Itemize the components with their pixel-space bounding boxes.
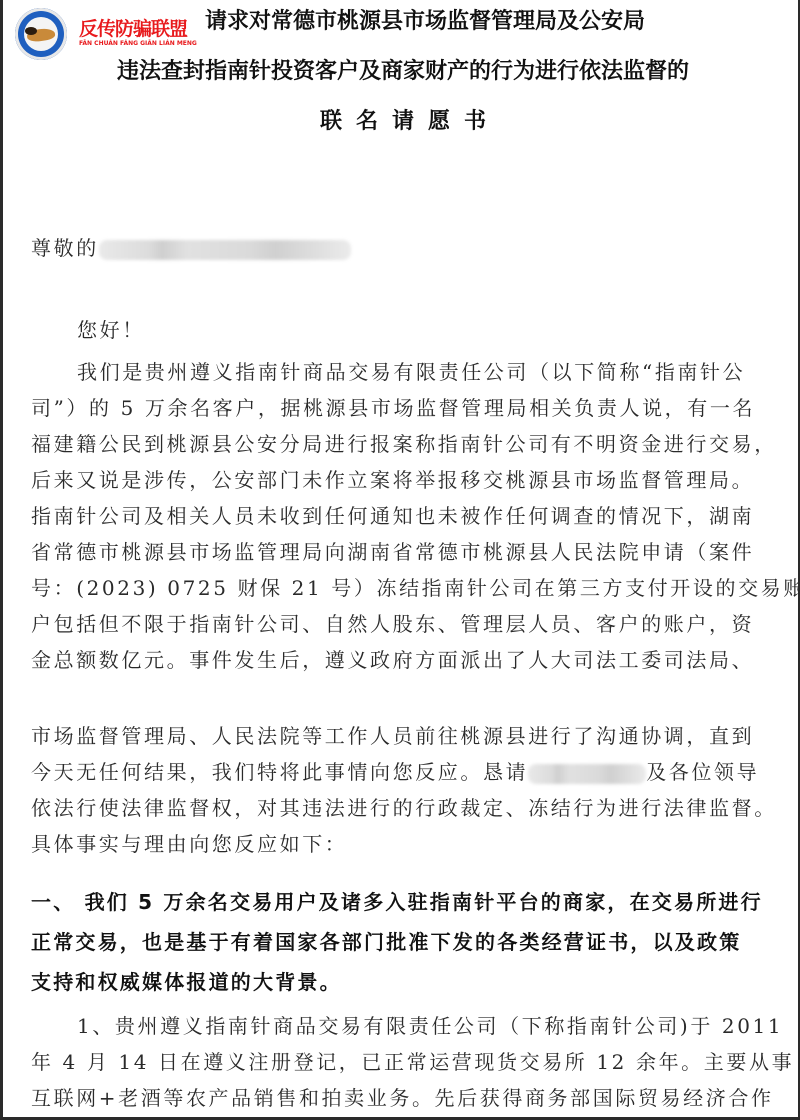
body-line-11: 今天无任何结果，我们特将此事情向您反应。恳请及各位领导 [31,760,776,784]
body-line-13: 具体事实与理由向您反应如下： [31,832,776,856]
redacted-authority [528,764,646,784]
body-line-10: 市场监督管理局、人民法院等工作人员前往桃源县进行了沟通协调，直到 [31,724,776,748]
body-line-7: 号：(2023) 0725 财保 21 号）冻结指南针公司在第三方支付开设的交易… [31,576,776,600]
greeting: 您好！ [77,318,800,342]
section-1-line-1: 一、 我们 5 万余名交易用户及诸多入驻指南针平台的商家，在交易所进行 [31,890,776,914]
body-line-9: 金总额数亿元。事件发生后，遵义政府方面派出了人大司法工委司法局、 [31,648,776,672]
body-line-6: 省常德市桃源县市场监管理局向湖南省常德市桃源县人民法院申请（案件 [31,540,776,564]
title-line-2: 违法查封指南针投资客户及商家财产的行为进行依法监督的 [3,58,800,86]
document-page: 反传防骗联盟 FĂN CHUÁN FÁNG GIĂN LIÁN MENG 请求对… [0,0,800,1120]
body-line-11-before: 今天无任何结果，我们特将此事情向您反应。恳请 [31,760,528,784]
body-line-4: 后来又说是涉传，公安部门未作立案将举报移交桃源县市场监督管理局。 [31,468,776,492]
body-line-12: 依法行使法律监督权，对其违法进行的行政裁定、冻结行为进行法律监督。 [31,796,776,820]
item-1-line-1: 1、贵州遵义指南针商品交易有限责任公司（下称指南针公司)于 2011 [77,1014,777,1038]
salutation: 尊敬的 [31,236,776,260]
section-1-line-2: 正常交易，也是基于有着国家各部门批准下发的各类经营证书，以及政策 [31,930,776,954]
body-line-3: 福建籍公民到桃源县公安分局进行报案称指南针公司有不明资金进行交易， [31,432,776,456]
body-line-11-after: 及各位领导 [646,760,759,784]
redacted-recipient [99,240,351,260]
item-1-line-3: 互联网+老酒等农产品销售和拍卖业务。先后获得商务部国际贸易经济合作 [31,1086,776,1110]
body-line-1: 我们是贵州遵义指南针商品交易有限责任公司（以下简称“指南针公 [77,360,777,384]
body-line-2: 司”）的 5 万余名客户，据桃源县市场监督管理局相关负责人说，有一名 [31,396,776,420]
logo-subtitle: FĂN CHUÁN FÁNG GIĂN LIÁN MENG [79,40,197,48]
document-title: 联名请愿书 [3,108,800,136]
item-1-line-2: 年 4 月 14 日在遵义注册登记，已正常运营现货交易所 12 余年。主要从事 [31,1050,776,1074]
section-1-line-3: 支持和权威媒体报道的大背景。 [31,970,776,994]
salutation-prefix: 尊敬的 [31,236,99,260]
title-line-1: 请求对常德市桃源县市场监督管理局及公安局 [3,8,800,36]
body-line-5: 指南针公司及相关人员未收到任何通知也未被作任何调查的情况下，湖南 [31,504,776,528]
body-line-8: 户包括但不限于指南针公司、自然人股东、管理层人员、客户的账户，资 [31,612,776,636]
